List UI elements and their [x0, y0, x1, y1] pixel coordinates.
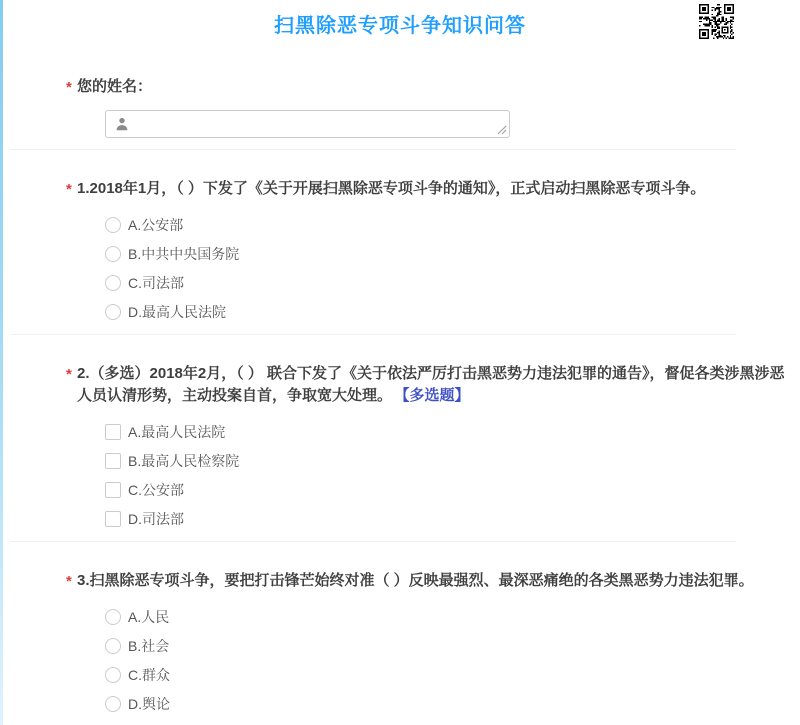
question-3-option-b[interactable]: B.社会 — [105, 635, 169, 657]
question-1-option-a[interactable]: A.公安部 — [105, 214, 183, 236]
option-label: B.中共中央国务院 — [128, 243, 239, 265]
radio-icon[interactable] — [105, 638, 121, 654]
checkbox-icon[interactable] — [105, 482, 121, 498]
question-1: *1.2018年1月，（ ）下发了《关于开展扫黑除恶专项斗争的通知》，正式启动扫… — [66, 178, 786, 323]
required-asterisk: * — [66, 364, 72, 386]
question-2-option-a[interactable]: A.最高人民法院 — [105, 421, 225, 443]
option-label: B.社会 — [128, 635, 169, 657]
question-2: *2.（多选）2018年2月，（ ） 联合下发了《关于依法严厉打击黑恶势力违法犯… — [66, 363, 786, 530]
name-input[interactable] — [106, 111, 509, 137]
required-asterisk: * — [66, 571, 72, 593]
question-1-option-d[interactable]: D.最高人民法院 — [105, 301, 226, 323]
checkbox-icon[interactable] — [105, 511, 121, 527]
resize-handle-icon[interactable] — [497, 125, 507, 135]
question-1-option-b[interactable]: B.中共中央国务院 — [105, 243, 239, 265]
radio-icon[interactable] — [105, 246, 121, 262]
required-asterisk: * — [66, 179, 72, 201]
header: 扫黑除恶专项斗争知识问答 — [0, 0, 800, 47]
name-field-label-text: 您的姓名： — [77, 78, 152, 95]
option-label: C.群众 — [128, 664, 170, 686]
form-area: *您的姓名： — [0, 77, 800, 138]
question-1-option-c[interactable]: C.司法部 — [105, 272, 184, 294]
required-asterisk: * — [66, 78, 72, 98]
option-label: D.司法部 — [128, 508, 184, 530]
option-label: D.舆论 — [128, 693, 170, 715]
section-divider — [10, 334, 736, 335]
name-input-wrapper — [105, 110, 510, 138]
radio-icon[interactable] — [105, 696, 121, 712]
question-2-options: A.最高人民法院 B.最高人民检察院 C.公安部 D.司法部 — [66, 421, 786, 530]
page-left-edge-decoration — [0, 0, 3, 725]
page-title: 扫黑除恶专项斗争知识问答 — [0, 9, 800, 38]
question-2-option-d[interactable]: D.司法部 — [105, 508, 184, 530]
radio-icon[interactable] — [105, 304, 121, 320]
multi-select-tag: 【多选题】 — [402, 387, 470, 404]
option-label: C.司法部 — [128, 272, 184, 294]
qr-code-icon — [699, 4, 734, 39]
checkbox-icon[interactable] — [105, 453, 121, 469]
section-divider — [10, 149, 736, 150]
question-3-options: A.人民 B.社会 C.群众 D.舆论 — [66, 606, 786, 715]
question-3-text: *3.扫黑除恶专项斗争，要把打击锋芒始终对准（ ）反映最强烈、最深恶痛绝的各类黑… — [66, 570, 786, 592]
option-label: A.人民 — [128, 606, 169, 628]
name-field-label: *您的姓名： — [66, 77, 786, 97]
radio-icon[interactable] — [105, 609, 121, 625]
checkbox-icon[interactable] — [105, 424, 121, 440]
question-3: *3.扫黑除恶专项斗争，要把打击锋芒始终对准（ ）反映最强烈、最深恶痛绝的各类黑… — [66, 570, 786, 715]
question-2-option-c[interactable]: C.公安部 — [105, 479, 184, 501]
radio-icon[interactable] — [105, 217, 121, 233]
section-divider — [10, 541, 736, 542]
question-3-option-a[interactable]: A.人民 — [105, 606, 169, 628]
question-1-text-content: 1.2018年1月，（ ）下发了《关于开展扫黑除恶专项斗争的通知》，正式启动扫黑… — [77, 180, 705, 197]
question-3-option-c[interactable]: C.群众 — [105, 664, 170, 686]
option-label: B.最高人民检察院 — [128, 450, 239, 472]
question-1-text: *1.2018年1月，（ ）下发了《关于开展扫黑除恶专项斗争的通知》，正式启动扫… — [66, 178, 786, 200]
option-label: C.公安部 — [128, 479, 184, 501]
option-label: D.最高人民法院 — [128, 301, 226, 323]
survey-page: 扫黑除恶专项斗争知识问答 *您的姓名 — [0, 0, 800, 725]
question-1-options: A.公安部 B.中共中央国务院 C.司法部 D.最高人民法院 — [66, 214, 786, 323]
question-2-text: *2.（多选）2018年2月，（ ） 联合下发了《关于依法严厉打击黑恶势力违法犯… — [66, 363, 786, 407]
option-label: A.最高人民法院 — [128, 421, 225, 443]
radio-icon[interactable] — [105, 275, 121, 291]
option-label: A.公安部 — [128, 214, 183, 236]
question-2-option-b[interactable]: B.最高人民检察院 — [105, 450, 239, 472]
radio-icon[interactable] — [105, 667, 121, 683]
question-3-text-content: 3.扫黑除恶专项斗争，要把打击锋芒始终对准（ ）反映最强烈、最深恶痛绝的各类黑恶… — [77, 572, 754, 589]
question-3-option-d[interactable]: D.舆论 — [105, 693, 170, 715]
